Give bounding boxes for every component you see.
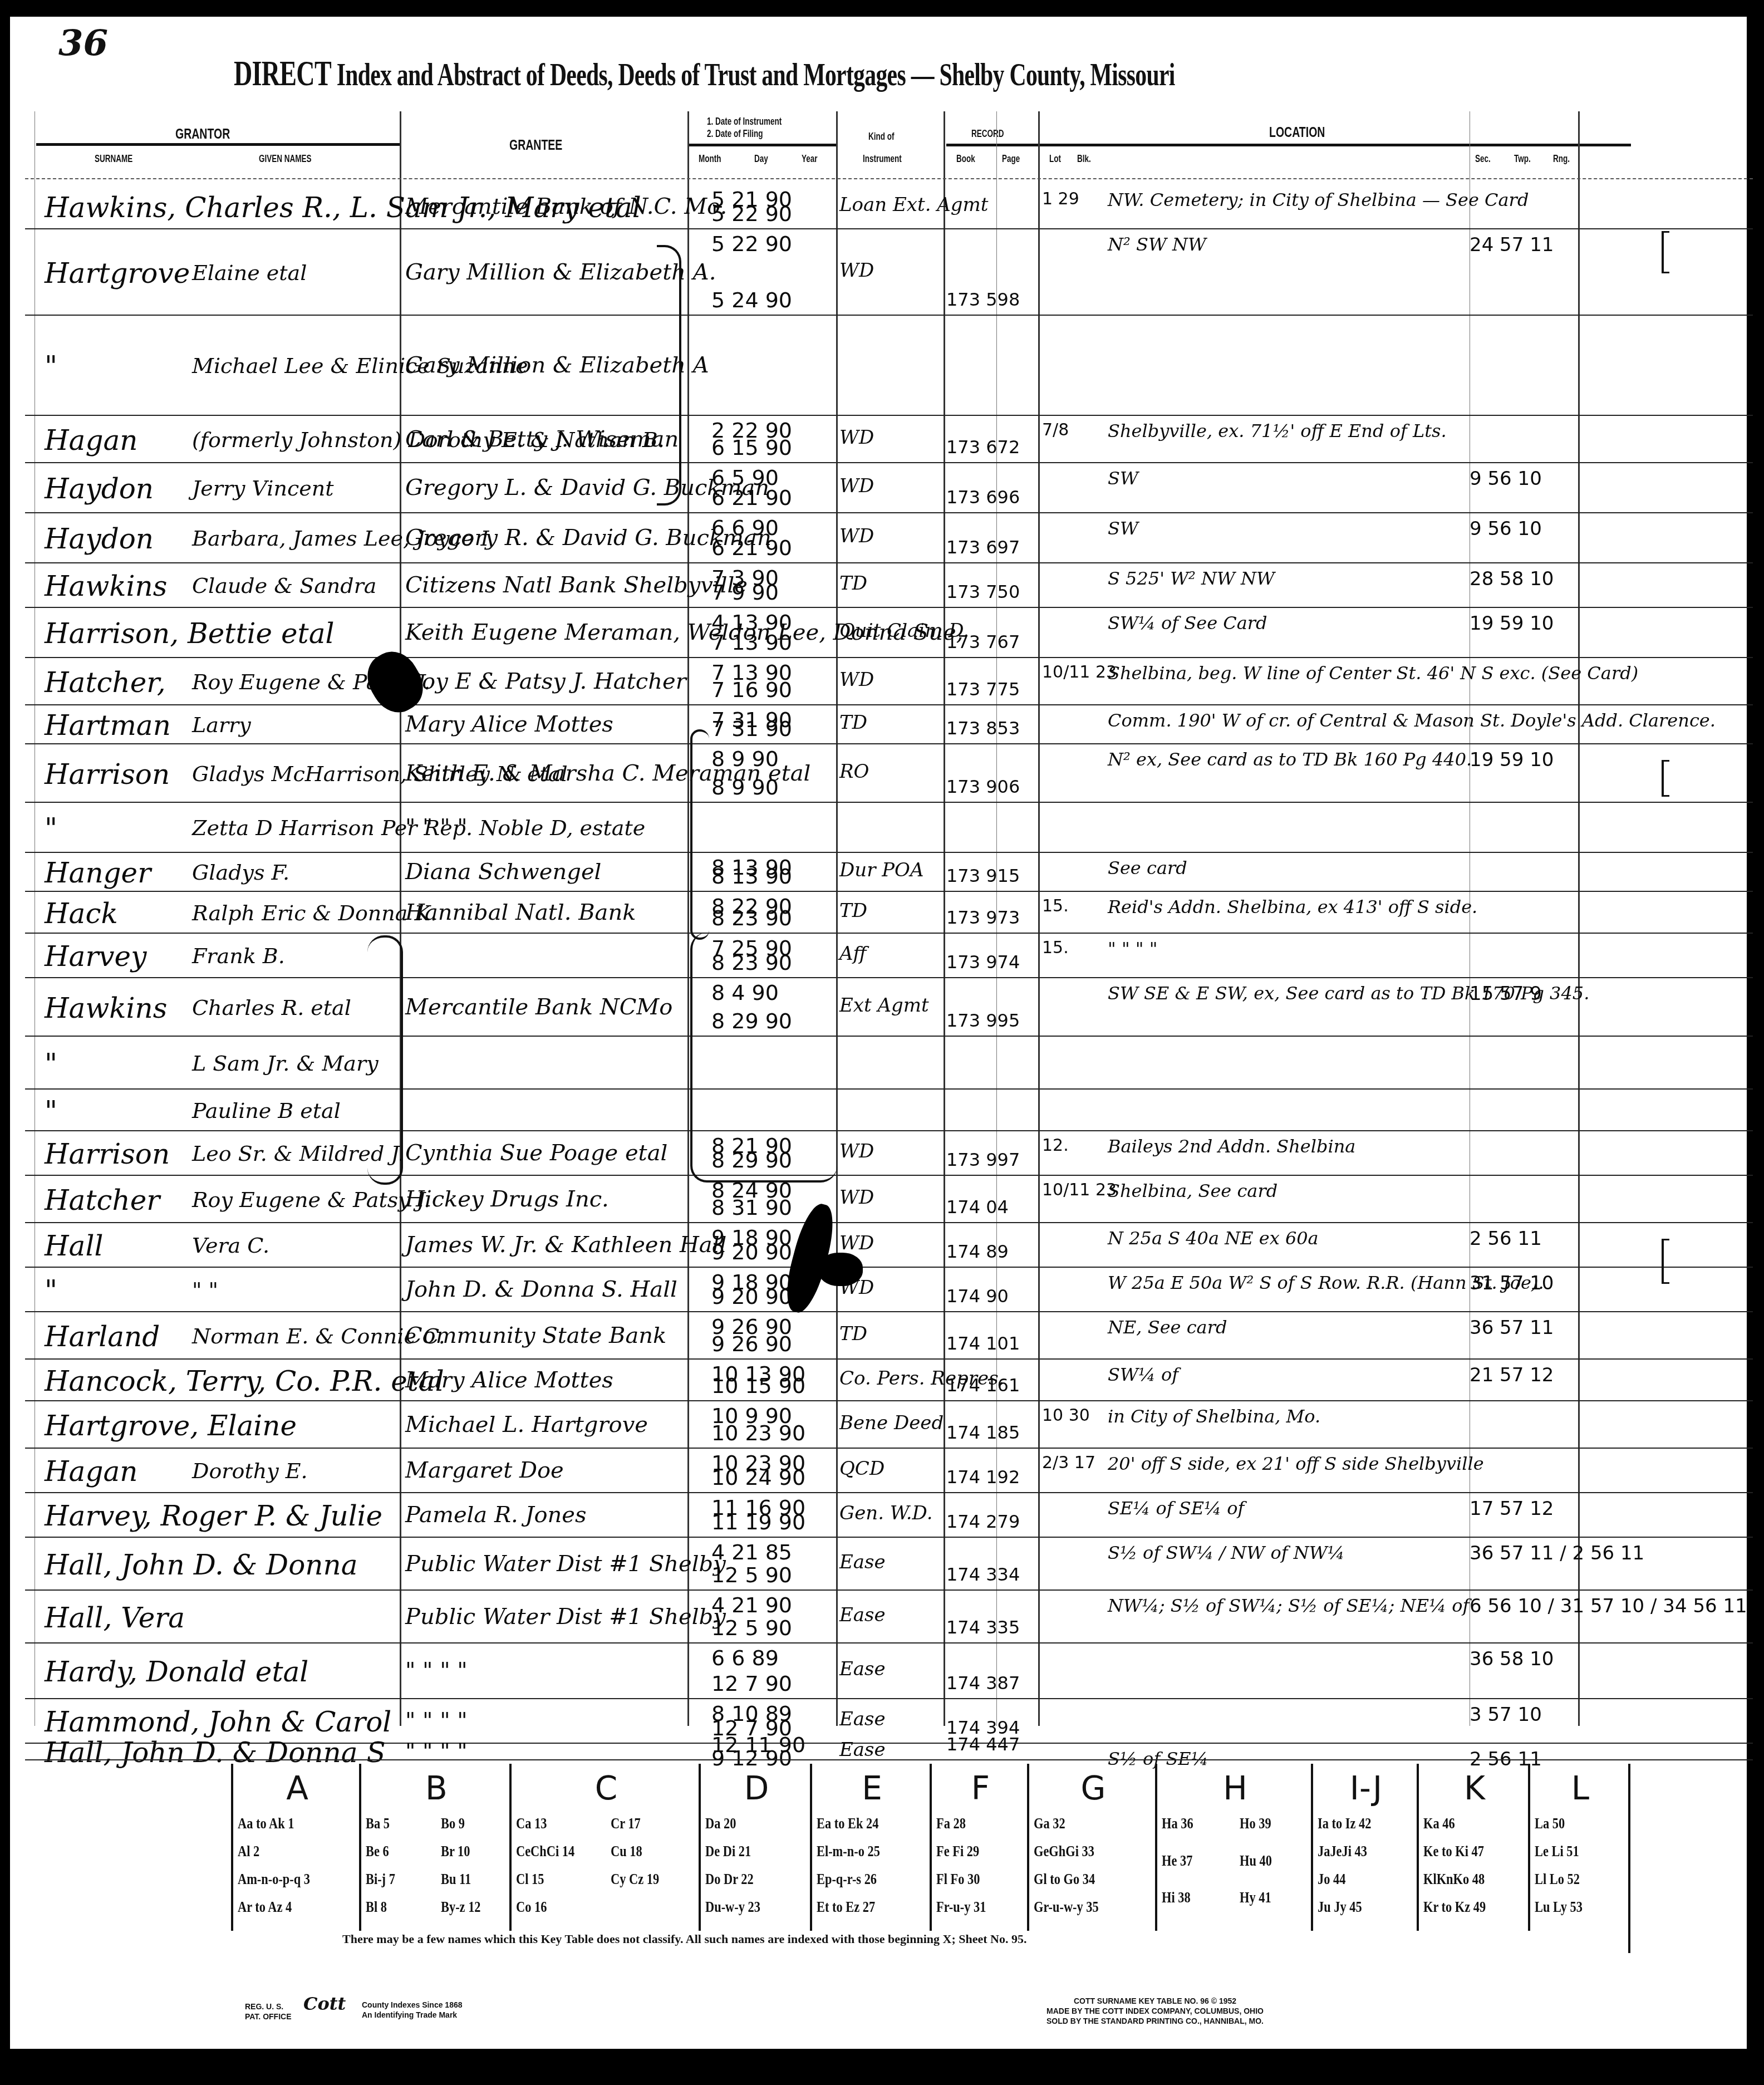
key-entry: La 50 [1535, 1815, 1565, 1833]
footer-reg-line-2: PAT. OFFICE [245, 2012, 291, 2022]
record-book-page: 174 334 [946, 1564, 1020, 1585]
grantor-given-names: Roy Eugene & Patsy J. [192, 1188, 430, 1212]
key-column-e: EEa to Ek 24El-m-n-o 25Ep-q-r-s 26Et to … [810, 1764, 932, 1931]
key-column-g: GGa 32GeGhGi 33Gl to Go 34Gr-u-w-y 35 [1027, 1764, 1157, 1931]
section-township-range: 36 58 10 [1470, 1648, 1554, 1670]
date-of-filing: 7 16 90 [711, 678, 792, 702]
grantor-name: Hall, Vera [45, 1602, 185, 1634]
section-township-range: 17 57 12 [1470, 1498, 1554, 1520]
kind-of-instrument: Ease [839, 1708, 886, 1730]
key-entry: Jo 44 [1318, 1871, 1345, 1888]
grantor-name: Hartgrove, Elaine [45, 1410, 297, 1442]
section-township-range: 9 56 10 [1470, 518, 1542, 540]
date-brace [690, 933, 837, 1183]
key-letter: G [1029, 1769, 1157, 1807]
key-entry: Be 6 [366, 1843, 389, 1861]
footer-tagline-1: County Indexes Since 1868 [362, 2000, 463, 2010]
grantee-name: Roy E & Patsy J. Hatcher [405, 669, 686, 694]
location-description: in City of Shelbina, Mo. [1108, 1406, 1320, 1427]
key-letter: L [1530, 1769, 1630, 1807]
row-divider [25, 415, 1753, 416]
kind-of-instrument: TD [839, 712, 867, 734]
key-column-c: CCa 13CeChCi 14Cl 15Co 16Cr 17Cu 18Cy Cz… [509, 1764, 701, 1931]
record-book-page: 173 906 [946, 776, 1020, 797]
record-book-page: 174 04 [946, 1196, 1009, 1218]
record-book-page: 173 974 [946, 951, 1020, 973]
key-letter: H [1157, 1769, 1313, 1807]
grantee-name: Public Water Dist #1 Shelby [405, 1604, 726, 1630]
grantor-given-names: L Sam Jr. & Mary [192, 1051, 379, 1076]
header-page: Page [1002, 153, 1020, 165]
grantee-brace [657, 245, 681, 506]
kind-of-instrument: Aff [839, 943, 867, 965]
date-of-filing: 9 20 90 [711, 1284, 792, 1309]
key-entry: Du-w-y 23 [705, 1898, 760, 1916]
lot-block: 12. [1042, 1136, 1069, 1155]
key-entry: Fr-u-y 31 [936, 1898, 986, 1916]
row-divider [25, 512, 1753, 513]
lot-block: 2/3 17 [1042, 1453, 1095, 1473]
margin-tab-mark [1662, 760, 1669, 797]
key-entry: By-z 12 [441, 1898, 481, 1916]
grantor-surname: Hawkins [45, 570, 167, 602]
location-description: Shelbina, See card [1108, 1180, 1277, 1201]
column-rule [1038, 111, 1040, 1726]
record-book-page: 173 973 [946, 907, 1020, 928]
key-letter: I-J [1313, 1769, 1419, 1807]
key-entry: Lu Ly 53 [1535, 1898, 1583, 1916]
key-entry: Da 20 [705, 1815, 736, 1833]
key-letter: B [361, 1769, 512, 1807]
record-book-page: 173 696 [946, 487, 1020, 508]
key-entry: Ep-q-r-s 26 [817, 1871, 877, 1888]
grantee-name: Community State Bank [405, 1323, 666, 1348]
location-description: See card [1108, 857, 1187, 879]
location-description: NW. Cemetery; in City of Shelbina — See … [1108, 189, 1529, 210]
key-entry: Ho 39 [1240, 1815, 1271, 1833]
grantor-surname: " [45, 350, 57, 382]
date-of-filing: 11 19 90 [711, 1510, 805, 1534]
key-entry: Fe Fi 29 [936, 1843, 979, 1861]
date-of-filing: 10 23 90 [711, 1421, 805, 1445]
key-entry: KlKnKo 48 [1423, 1871, 1485, 1888]
date-of-filing: 12 5 90 [711, 1563, 792, 1587]
header-book: Book [956, 153, 975, 165]
key-table-end-rule [1628, 1764, 1630, 1953]
grantor-surname: " [45, 812, 57, 845]
surname-key-table: AAa to Ak 1Al 2Am-n-o-p-q 3Ar to Az 4BBa… [231, 1764, 1344, 1959]
header-year: Year [802, 153, 818, 165]
grantee-name: " " " " [405, 815, 468, 840]
row-divider [25, 315, 1753, 316]
key-entry: El-m-n-o 25 [817, 1843, 880, 1861]
key-entry: Ea to Ek 24 [817, 1815, 878, 1833]
location-description: S½ of SW¼ / NW of NW¼ [1108, 1542, 1345, 1563]
grantor-surname: Hanger [45, 857, 151, 889]
grantor-name: Harvey, Roger P. & Julie [45, 1500, 382, 1532]
date-of-filing: 9 26 90 [711, 1332, 792, 1356]
date-of-filing: 12 5 90 [711, 1616, 792, 1640]
key-letter: E [812, 1769, 932, 1807]
section-township-range: 9 56 10 [1470, 468, 1542, 490]
header-day: Day [754, 153, 768, 165]
record-book-page: 173 767 [946, 631, 1020, 653]
row-divider [25, 891, 1753, 892]
kind-of-instrument: Loan Ext. Agmt [839, 194, 989, 216]
footer-tagline: County Indexes Since 1868An Identifying … [362, 2000, 463, 2020]
key-column-k: KKa 46Ke to Ki 47KlKnKo 48Kr to Kz 49 [1417, 1764, 1530, 1931]
grantee-name: James W. Jr. & Kathleen Hall [405, 1232, 726, 1258]
date-of-filing: 5 24 90 [711, 288, 792, 312]
grantor-surname: Hartman [45, 709, 171, 742]
kind-of-instrument: Gen. W.D. [839, 1502, 932, 1524]
key-entry: Ll Lo 52 [1535, 1871, 1580, 1888]
row-divider [25, 1448, 1753, 1449]
key-letter: A [233, 1769, 361, 1807]
date-brace [690, 729, 709, 940]
grantor-given-names: Vera C. [192, 1233, 269, 1258]
key-entry: Ka 46 [1423, 1815, 1455, 1833]
grantee-name: Michael L. Hartgrove [405, 1412, 648, 1438]
column-rule [1578, 111, 1580, 1726]
location-description: SW [1108, 468, 1138, 489]
kind-of-instrument: WD [839, 475, 874, 497]
key-entry: Br 10 [441, 1843, 470, 1861]
key-entry: Ju Jy 45 [1318, 1898, 1362, 1916]
grantee-name: Mary Alice Mottes [405, 712, 613, 737]
row-divider [25, 1400, 1753, 1401]
record-book-page: 174 101 [946, 1333, 1020, 1354]
header-rule-date [689, 144, 836, 146]
header-divider [25, 178, 1753, 179]
grantee-name: " " " " [405, 1739, 468, 1764]
lot-block: 7/8 [1042, 420, 1069, 440]
lot-block: 15. [1042, 938, 1069, 958]
record-book-page: 173 598 [946, 289, 1020, 310]
grantee-name: Hickey Drugs Inc. [405, 1186, 609, 1212]
grantor-given-names: Jerry Vincent [192, 476, 334, 501]
row-divider [25, 1222, 1753, 1223]
key-entry: Kr to Kz 49 [1423, 1898, 1486, 1916]
key-entry: Ke to Ki 47 [1423, 1843, 1484, 1861]
location-description: Baileys 2nd Addn. Shelbina [1108, 1136, 1355, 1157]
date-of-filing: 9 20 90 [711, 1240, 792, 1264]
grantor-surname: " [45, 1274, 57, 1307]
date-of-filing: 8 13 90 [711, 864, 792, 889]
grantor-surname: Harrison [45, 758, 170, 791]
record-book-page: 173 750 [946, 581, 1020, 602]
footer-imprint-1: COTT SURNAME KEY TABLE NO. 96 © 1952 [1046, 1996, 1264, 2006]
kind-of-instrument: Dur POA [839, 859, 924, 881]
header-grantee: GRANTEE [509, 136, 562, 154]
grantee-name: Hannibal Natl. Bank [405, 900, 636, 925]
column-rule [1470, 111, 1470, 1726]
header-record: RECORD [971, 128, 1004, 140]
location-description: N 25a S 40a NE ex 60a [1108, 1228, 1319, 1249]
record-book-page: 173 775 [946, 679, 1020, 700]
record-book-page: 173 672 [946, 436, 1020, 458]
grantee-name: Mary Alice Mottes [405, 1367, 613, 1393]
grantor-surname: Hagan [45, 1455, 137, 1488]
grantor-given-names: Claude & Sandra [192, 573, 376, 598]
key-entry: Le Li 51 [1535, 1843, 1579, 1861]
grantor-surname: " [45, 1048, 57, 1080]
key-entry: Aa to Ak 1 [238, 1815, 294, 1833]
key-entry: Ba 5 [366, 1815, 390, 1833]
location-description: NW¼; S½ of SW¼; S½ of SE¼; NE¼ of [1108, 1595, 1469, 1616]
grantor-surname: Hack [45, 897, 118, 930]
key-letter: D [701, 1769, 812, 1807]
record-book-page: 173 997 [946, 1149, 1020, 1170]
grantor-surname: " [45, 1095, 57, 1127]
grantor-surname: Hatcher, [45, 666, 166, 699]
row-divider [25, 977, 1753, 978]
row-divider [25, 1036, 1753, 1037]
header-twp: Twp. [1514, 153, 1531, 165]
date-of-filing: 6 15 90 [711, 435, 792, 460]
row-divider [25, 1642, 1753, 1644]
key-entry: Et to Ez 27 [817, 1898, 875, 1916]
row-divider [25, 1175, 1753, 1176]
section-township-range: 19 59 10 [1470, 749, 1554, 771]
key-entry: CeChCi 14 [516, 1843, 574, 1861]
grantor-surname: Harrison [45, 1138, 170, 1170]
margin-tab-mark [1662, 1239, 1669, 1284]
row-divider [25, 1358, 1753, 1360]
record-book-page: 174 161 [946, 1375, 1020, 1396]
kind-of-instrument: RO [839, 761, 869, 783]
grantor-given-names: Larry [192, 713, 251, 737]
ink-blot [818, 1253, 863, 1286]
grantee-name: Diana Schwengel [405, 859, 601, 885]
date-of-instrument: 4 21 85 [711, 1540, 792, 1564]
key-entry: Fl Fo 30 [936, 1871, 980, 1888]
grantor-surname: Hartgrove [45, 257, 190, 290]
key-entry: Gl to Go 34 [1034, 1871, 1095, 1888]
header-rule-grantor [36, 143, 401, 146]
grantee-name: Cynthia Sue Poage etal [405, 1140, 667, 1166]
key-column-d: DDa 20De Di 21Do Dr 22Du-w-y 23 [699, 1764, 812, 1931]
date-of-filing: 5 22 90 [711, 202, 792, 226]
grantee-name: Public Water Dist #1 Shelby [405, 1551, 726, 1577]
row-divider [25, 1267, 1753, 1268]
row-divider [25, 802, 1753, 803]
header-date-instrument: 1. Date of Instrument [707, 116, 782, 127]
footer-imprint-3: SOLD BY THE STANDARD PRINTING CO., HANNI… [1046, 2016, 1264, 2026]
grantee-name: Mercantile Bank of N.C. Mo. [405, 194, 727, 219]
location-description: Reid's Addn. Shelbina, ex 413' off S sid… [1108, 896, 1477, 918]
record-book-page: 174 279 [946, 1511, 1020, 1532]
margin-tab-mark [1662, 231, 1669, 273]
header-surname: SURNAME [95, 153, 132, 165]
grantee-name: Margaret Doe [405, 1458, 564, 1483]
kind-of-instrument: TD [839, 900, 867, 922]
key-entry: Ca 13 [516, 1815, 547, 1833]
section-township-range: 36 57 11 [1470, 1317, 1554, 1339]
grantor-surname: Harvey [45, 940, 146, 973]
header-kind-1: Kind of [868, 131, 894, 143]
key-entry: Hi 38 [1162, 1889, 1191, 1907]
section-township-range: 36 57 11 / 2 56 11 [1470, 1542, 1644, 1564]
row-divider [25, 1088, 1753, 1090]
key-entry: Do Dr 22 [705, 1871, 754, 1888]
key-entry: JaJeJi 43 [1318, 1843, 1367, 1861]
location-description: SW¼ of See Card [1108, 612, 1267, 634]
date-of-filing: 10 24 90 [711, 1465, 805, 1490]
footer-imprint: COTT SURNAME KEY TABLE NO. 96 © 1952MADE… [1046, 1996, 1264, 2026]
key-entry: Cl 15 [516, 1871, 544, 1888]
date-of-filing: 7 31 90 [711, 717, 792, 741]
row-divider [25, 607, 1753, 608]
row-divider [25, 852, 1753, 853]
header-blk: Blk. [1077, 153, 1091, 165]
grantor-given-names: Gladys F. [192, 860, 289, 885]
location-description: Shelbyville, ex. 71½' off E End of Lts. [1108, 420, 1447, 441]
key-entry: GeGhGi 33 [1034, 1843, 1094, 1861]
location-description: NE, See card [1108, 1317, 1227, 1338]
section-township-range: 28 58 10 [1470, 568, 1554, 590]
grantor-name: Harrison, Bettie etal [45, 617, 334, 650]
lot-block: 10/11 23 [1042, 1180, 1117, 1200]
column-rule [35, 111, 35, 1726]
record-book-page: 174 90 [946, 1286, 1009, 1307]
footer-tagline-2: An Identifying Trade Mark [362, 2010, 463, 2020]
column-rule [944, 111, 945, 1726]
key-column-i-j: I-JIa to Iz 42JaJeJi 43Jo 44Ju Jy 45 [1311, 1764, 1419, 1931]
section-township-range: 24 57 11 [1470, 234, 1554, 256]
header-grantor: GRANTOR [175, 125, 230, 143]
section-township-range: 19 59 10 [1470, 612, 1554, 635]
lot-block: 10/11 23 [1042, 663, 1117, 682]
header-lot: Lot [1049, 153, 1061, 165]
title-rest: Index and Abstract of Deeds, Deeds of Tr… [331, 56, 1175, 92]
row-divider [25, 657, 1753, 658]
location-description: N² SW NW [1108, 234, 1206, 255]
row-divider [25, 743, 1753, 744]
date-of-filing: 6 21 90 [711, 536, 792, 560]
title-lead: DIRECT [234, 53, 331, 93]
section-township-range: 3 57 10 [1470, 1704, 1542, 1726]
record-book-page: 174 89 [946, 1241, 1009, 1262]
row-divider [25, 462, 1753, 463]
date-of-instrument: 5 22 90 [711, 232, 792, 256]
key-entry: Bi-j 7 [366, 1871, 395, 1888]
row-divider [25, 1130, 1753, 1131]
header-location: LOCATION [1269, 124, 1325, 141]
record-book-page: 173 915 [946, 865, 1020, 886]
footer-reg: REG. U. S.PAT. OFFICE [245, 2001, 291, 2022]
kind-of-instrument: Ease [839, 1658, 886, 1680]
header-given-names: GIVEN NAMES [259, 153, 312, 165]
header-rule-record-location [946, 144, 1631, 146]
date-of-filing: 6 21 90 [711, 485, 792, 510]
record-book-page: 174 192 [946, 1466, 1020, 1488]
location-description: N² ex, See card as to TD Bk 160 Pg 440. [1108, 749, 1472, 770]
section-township-range: 6 56 10 / 31 57 10 / 34 56 11 [1470, 1595, 1747, 1617]
row-divider [25, 1698, 1753, 1699]
kind-of-instrument: WD [839, 525, 874, 547]
grantee-name: John D. & Donna S. Hall [405, 1277, 677, 1302]
key-entry: De Di 21 [705, 1843, 751, 1861]
grantee-name: Mercantile Bank NCMo [405, 994, 672, 1020]
record-book-page: 173 995 [946, 1010, 1020, 1031]
date-of-instrument: 8 9 90 [711, 747, 779, 771]
kind-of-instrument: Ext Agmt [839, 994, 929, 1017]
key-entry: Hu 40 [1240, 1852, 1272, 1870]
kind-of-instrument: WD [839, 1186, 874, 1209]
header-month: Month [699, 153, 721, 165]
grantor-name: Hardy, Donald etal [45, 1656, 308, 1688]
key-table-note: There may be a few names which this Key … [342, 1932, 1026, 1946]
key-entry: Cy Cz 19 [611, 1871, 659, 1888]
key-entry: Cu 18 [611, 1843, 642, 1861]
key-entry: Co 16 [516, 1898, 547, 1916]
row-divider [25, 1311, 1753, 1312]
grantee-name: Pamela R. Jones [405, 1502, 587, 1528]
grantor-surname: Hawkins [45, 992, 167, 1024]
grantor-given-names: Elaine etal [192, 261, 307, 285]
key-entry: Cr 17 [611, 1815, 641, 1833]
page-title: DIRECT Index and Abstract of Deeds, Deed… [234, 53, 1175, 94]
grantor-name: Hall, John D. & Donna [45, 1549, 358, 1581]
grantor-given-names: Charles R. etal [192, 995, 351, 1020]
grantor-surname: Hall [45, 1230, 103, 1262]
row-divider [25, 1759, 1753, 1760]
key-letter: K [1419, 1769, 1530, 1807]
key-entry: Gr-u-w-y 35 [1034, 1898, 1099, 1916]
record-book-page: 174 335 [946, 1617, 1020, 1638]
key-column-h: HHa 36He 37Hi 38Ho 39Hu 40Hy 41 [1155, 1764, 1313, 1931]
location-description: 20' off S side, ex 21' off S side Shelby… [1108, 1453, 1484, 1474]
key-entry: Ar to Az 4 [238, 1898, 292, 1916]
header-date-filing: 2. Date of Filing [707, 128, 763, 140]
kind-of-instrument: QCD [839, 1458, 885, 1480]
location-description: S 525' W² NW NW [1108, 568, 1275, 589]
date-of-instrument: 4 21 90 [711, 1593, 792, 1617]
record-book-page: 174 447 [946, 1734, 1020, 1755]
footer-imprint-2: MADE BY THE COTT INDEX COMPANY, COLUMBUS… [1046, 2006, 1264, 2016]
page-number: 36 [58, 22, 108, 64]
date-of-instrument: 6 6 89 [711, 1646, 779, 1670]
location-description: " " " " [1108, 938, 1157, 959]
record-book-page: 174 387 [946, 1672, 1020, 1694]
lot-block: 10 30 [1042, 1406, 1090, 1425]
kind-of-instrument: Ease [839, 1551, 886, 1573]
key-column-a: AAa to Ak 1Al 2Am-n-o-p-q 3Ar to Az 4 [231, 1764, 361, 1931]
kind-of-instrument: WD [839, 1140, 874, 1162]
location-description: Shelbina, beg. W line of Center St. 46' … [1108, 663, 1638, 684]
grantor-surname: Haydon [45, 473, 154, 505]
kind-of-instrument: WD [839, 1232, 874, 1254]
location-description: SW¼ of [1108, 1364, 1178, 1385]
grantor-given-names: Ralph Eric & Donna K. [192, 901, 437, 925]
grantee-name: Carl & Betty J. Wiseman [405, 426, 679, 452]
row-divider [25, 1589, 1753, 1591]
grantor-name: Hammond, John & Carol [45, 1706, 391, 1738]
grantor-given-names: Dorothy E. [192, 1459, 308, 1483]
section-township-range: 31 57 10 [1470, 1272, 1554, 1294]
key-column-f: FFa 28Fe Fi 29Fl Fo 30Fr-u-y 31 [930, 1764, 1029, 1931]
key-entry: Ha 36 [1162, 1815, 1193, 1833]
key-entry: Bl 8 [366, 1898, 387, 1916]
record-book-page: 174 185 [946, 1422, 1020, 1443]
kind-of-instrument: WD [839, 669, 874, 691]
key-letter: C [512, 1769, 701, 1807]
grantor-surname: Harland [45, 1321, 160, 1353]
grantor-given-names: Pauline B etal [192, 1098, 341, 1123]
key-entry: Ia to Iz 42 [1318, 1815, 1371, 1833]
location-description: SW [1108, 518, 1138, 539]
